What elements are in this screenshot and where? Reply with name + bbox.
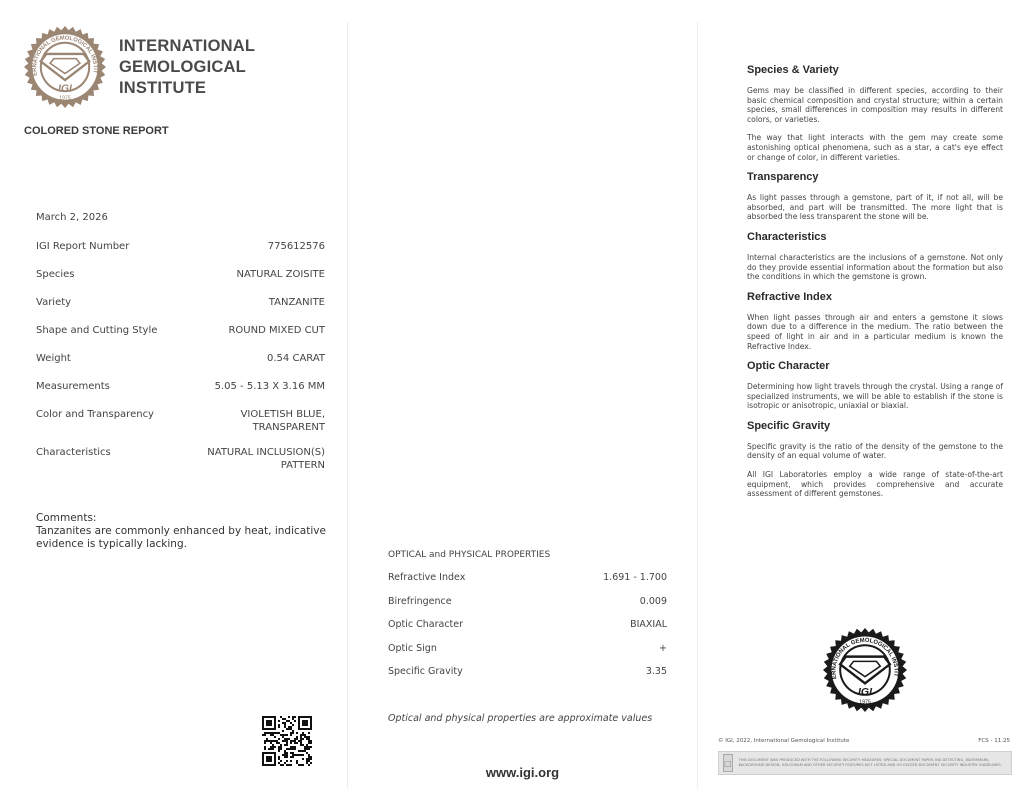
optical-properties-title: OPTICAL and PHYSICAL PROPERTIES [388, 550, 550, 560]
section-paragraph: Determining how light travels through th… [747, 382, 1003, 411]
field-value-line: NATURAL ZOISITE [236, 268, 325, 281]
security-text: This document was produced with the foll… [739, 758, 1011, 768]
optical-panel: OPTICAL and PHYSICAL PROPERTIES Refracti… [348, 0, 697, 788]
property-value: BIAXIAL [630, 619, 667, 643]
property-value: + [659, 643, 667, 667]
report-type: COLORED STONE REPORT [24, 125, 169, 137]
website-link[interactable]: www.igi.org [348, 765, 697, 780]
form-code: FCS - 11.25 [978, 738, 1010, 744]
section-title: Specific Gravity [747, 420, 1003, 432]
org-name-line: GEMOLOGICAL [119, 57, 255, 78]
property-value: 3.35 [646, 666, 667, 690]
property-row: Optic CharacterBIAXIAL [388, 619, 667, 643]
document-lock-icon: □ [723, 754, 733, 772]
igi-seal-black-icon: INTERNATIONAL GEMOLOGICAL INSTITUTEIGI19… [822, 627, 908, 717]
organization-name: INTERNATIONAL GEMOLOGICAL INSTITUTE [119, 36, 255, 99]
glossary-section: Optic CharacterDetermining how light tra… [747, 360, 1003, 411]
report-field-row: Shape and Cutting StyleROUND MIXED CUT [36, 324, 325, 337]
property-row: Optic Sign+ [388, 643, 667, 667]
org-name-line: INSTITUTE [119, 78, 255, 99]
qr-code-icon[interactable] [262, 716, 312, 766]
field-label: Characteristics [36, 446, 111, 472]
field-label: Measurements [36, 380, 110, 393]
field-value: 5.05 - 5.13 X 3.16 mm [215, 380, 325, 393]
comments: Comments: Tanzanites are commonly enhanc… [36, 512, 336, 551]
approximate-values-note: Optical and physical properties are appr… [388, 713, 652, 724]
property-label: Optic Character [388, 619, 463, 643]
optical-properties-table: Refractive Index1.691 - 1.700Birefringen… [388, 572, 667, 690]
section-paragraph: Internal characteristics are the inclusi… [747, 253, 1003, 282]
field-value: NATURAL INCLUSION(S)PATTERN [207, 446, 325, 472]
glossary-section: Refractive IndexWhen light passes throug… [747, 291, 1003, 351]
property-label: Optic Sign [388, 643, 437, 667]
info-panel: Species & VarietyGems may be classified … [698, 0, 1024, 788]
report-date: March 2, 2026 [36, 212, 108, 223]
section-paragraph: Gems may be classified in different spec… [747, 86, 1003, 124]
section-paragraph: Specific gravity is the ratio of the den… [747, 442, 1003, 461]
field-value-line: TANZANITE [269, 296, 325, 309]
glossary-section: Species & VarietyGems may be classified … [747, 64, 1003, 162]
section-paragraph: When light passes through air and enters… [747, 313, 1003, 351]
field-value-line: 5.05 - 5.13 X 3.16 mm [215, 380, 325, 393]
section-paragraph: The way that light interacts with the ge… [747, 133, 1003, 162]
report-field-row: Color and TransparencyVIOLETISH BLUE,TRA… [36, 408, 325, 434]
field-value-line: PATTERN [207, 459, 325, 472]
field-label: Variety [36, 296, 71, 309]
field-value: NATURAL ZOISITE [236, 268, 325, 281]
field-label: IGI Report Number [36, 240, 129, 253]
igi-seal-icon: INTERNATIONAL GEMOLOGICAL INSTITUTEIGI19… [23, 25, 107, 113]
report-panel: INTERNATIONAL GEMOLOGICAL INSTITUTEIGI19… [0, 0, 347, 788]
report-field-row: SpeciesNATURAL ZOISITE [36, 268, 325, 281]
glossary-section: CharacteristicsInternal characteristics … [747, 231, 1003, 282]
field-value: 0.54 CARAT [267, 352, 325, 365]
section-title: Optic Character [747, 360, 1003, 372]
field-value-line: VIOLETISH BLUE, [241, 408, 325, 421]
svg-text:1975: 1975 [859, 699, 871, 705]
svg-text:IGI: IGI [858, 686, 873, 698]
field-value-line: 775612576 [268, 240, 325, 253]
field-value: TANZANITE [269, 296, 325, 309]
glossary: Species & VarietyGems may be classified … [747, 64, 1003, 508]
property-label: Birefringence [388, 596, 452, 620]
org-name-line: INTERNATIONAL [119, 36, 255, 57]
copyright: © IGI, 2022, International Gemological I… [718, 738, 849, 744]
field-label: Shape and Cutting Style [36, 324, 157, 337]
section-title: Transparency [747, 171, 1003, 183]
report-field-row: Weight0.54 CARAT [36, 352, 325, 365]
section-paragraph: As light passes through a gemstone, part… [747, 193, 1003, 222]
field-value-line: TRANSPARENT [241, 421, 325, 434]
property-row: Birefringence0.009 [388, 596, 667, 620]
report-field-row: IGI Report Number775612576 [36, 240, 325, 253]
report-field-row: Measurements5.05 - 5.13 X 3.16 mm [36, 380, 325, 393]
glossary-section: Specific GravitySpecific gravity is the … [747, 420, 1003, 499]
section-title: Characteristics [747, 231, 1003, 243]
section-paragraph: All IGI Laboratories employ a wide range… [747, 470, 1003, 499]
property-value: 1.691 - 1.700 [603, 572, 667, 596]
svg-text:IGI: IGI [58, 83, 73, 94]
section-title: Species & Variety [747, 64, 1003, 76]
field-label: Weight [36, 352, 71, 365]
report-field-row: VarietyTANZANITE [36, 296, 325, 309]
security-notice: □ This document was produced with the fo… [718, 751, 1012, 775]
property-label: Specific Gravity [388, 666, 463, 690]
field-value: 775612576 [268, 240, 325, 253]
property-row: Refractive Index1.691 - 1.700 [388, 572, 667, 596]
comments-text: Tanzanites are commonly enhanced by heat… [36, 525, 336, 551]
field-value-line: NATURAL INCLUSION(S) [207, 446, 325, 459]
field-value-line: 0.54 CARAT [267, 352, 325, 365]
comments-label: Comments: [36, 512, 336, 525]
glossary-section: TransparencyAs light passes through a ge… [747, 171, 1003, 222]
field-value: ROUND MIXED CUT [228, 324, 325, 337]
field-label: Species [36, 268, 75, 281]
property-value: 0.009 [640, 596, 667, 620]
field-value: VIOLETISH BLUE,TRANSPARENT [241, 408, 325, 434]
report-field-row: CharacteristicsNATURAL INCLUSION(S)PATTE… [36, 446, 325, 472]
footer: © IGI, 2022, International Gemological I… [718, 738, 1010, 744]
field-value-line: ROUND MIXED CUT [228, 324, 325, 337]
svg-text:1975: 1975 [59, 96, 71, 102]
property-label: Refractive Index [388, 572, 465, 596]
field-label: Color and Transparency [36, 408, 154, 434]
property-row: Specific Gravity3.35 [388, 666, 667, 690]
section-title: Refractive Index [747, 291, 1003, 303]
